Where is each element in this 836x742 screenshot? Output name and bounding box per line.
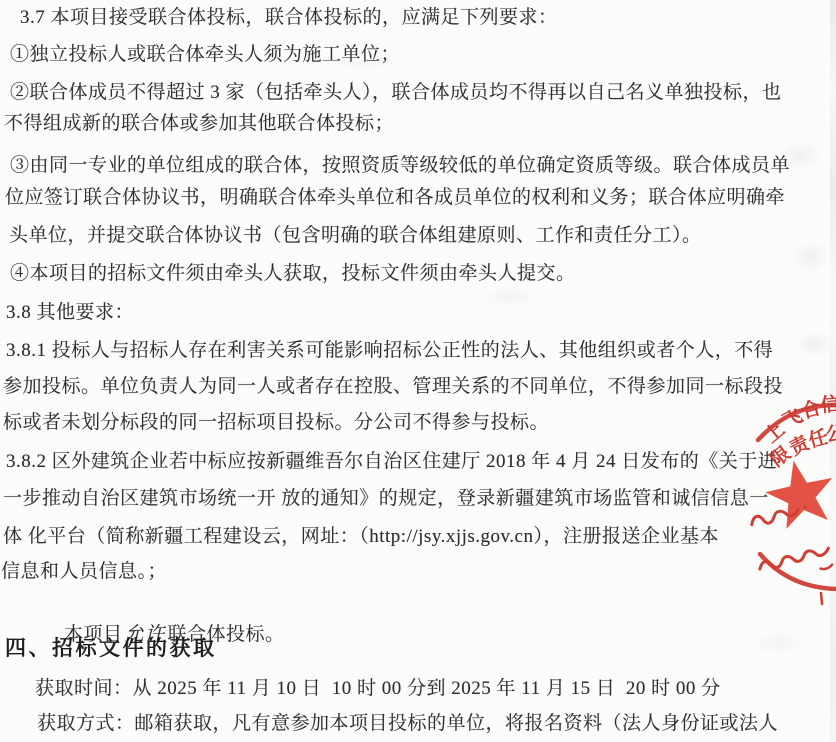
stamp-arc1-char-3: 信 [820, 392, 836, 417]
scan-noise [750, 630, 806, 656]
clause-3-8-2c: 体 化平台（简称新疆工程建设云，网址：（http://jsy.xjjs.gov.… [3, 525, 719, 549]
scan-noise [480, 286, 540, 308]
clause-item-3a: ③由同一专业的单位组成的联合体，按照资质等级较低的单位确定资质等级。联合体成员单 [10, 154, 790, 178]
scanned-tender-document-page: 3.7 本项目接受联合体投标，联合体投标的，应满足下列要求： ①独立投标人或联合… [0, 0, 836, 742]
stamp-script-line-3 [820, 565, 832, 570]
scan-edge-shadow [830, 0, 836, 742]
clause-item-2a: ②联合体成员不得超过 3 家（包括牵头人），联合体成员均不得再以自己名义单独投标… [10, 81, 782, 105]
clause-item-3b: 位应签订联合体协议书，明确联合体牵头单位和各成员单位的权利和义务；联合体应明确牵 [5, 186, 785, 210]
clause-item-1: ①独立投标人或联合体牵头人须为施工单位； [10, 43, 400, 67]
scan-noise [795, 330, 833, 358]
clause-item-4: ④本项目的招标文件须由牵头人获取，投标文件须由牵头人提交。 [10, 262, 576, 286]
scan-noise [790, 240, 830, 274]
clause-3-8-2b: 一步推动自治区建筑市场统一开 放的通知》的规定，登录新疆建筑市场监管和诚信信息一 [3, 487, 769, 511]
clause-item-2b: 不得组成新的联合体或参加其他联合体投标； [4, 112, 394, 136]
clause-3-8-1c: 标或者未划分标段的同一招标项目投标。分公司不得参与投标。 [3, 411, 549, 435]
clause-3-8-2a: 3.8.2 区外建筑企业若中标应按新疆维吾尔自治区住建厅 2018 年 4 月 … [6, 450, 777, 474]
stamp-script-line-2 [758, 548, 830, 570]
clause-3-8-1b: 参加投标。单位负责人为同一人或者存在控股、管理关系的不同单位，不得参加同一标段投 [3, 375, 783, 399]
clause-3-8-1a: 3.8.1 投标人与招标人存在利害关系可能影响招标公正性的法人、其他组织或者个人… [6, 339, 773, 363]
company-seal-stamp: 上 飞 合 信 限 责 任 公 [700, 392, 836, 607]
acquire-time-line: 获取时间：从 2025 年 11 月 10 日 10 时 00 分到 2025 … [35, 677, 721, 701]
stamp-ring-bottom-arc [760, 554, 836, 589]
acquire-method-line: 获取方式：邮箱获取，凡有意参加本项目投标的单位，将报名资料（法人身份证或法人 [37, 712, 778, 736]
stamp-ink-tick [821, 593, 822, 604]
section-4-heading: 四、招标文件的获取 [5, 632, 217, 662]
clause-3-8: 3.8 其他要求： [6, 301, 134, 325]
clause-3-7: 3.7 本项目接受联合体投标，联合体投标的，应满足下列要求： [20, 6, 558, 30]
stamp-arc2-char-3: 公 [825, 422, 836, 446]
clause-3-8-2d: 信息和人员信息。； [1, 560, 167, 584]
clause-item-3c: 头单位，并提交联合体协议书（包含明确的联合体组建原则、工作和责任分工）。 [9, 224, 702, 248]
